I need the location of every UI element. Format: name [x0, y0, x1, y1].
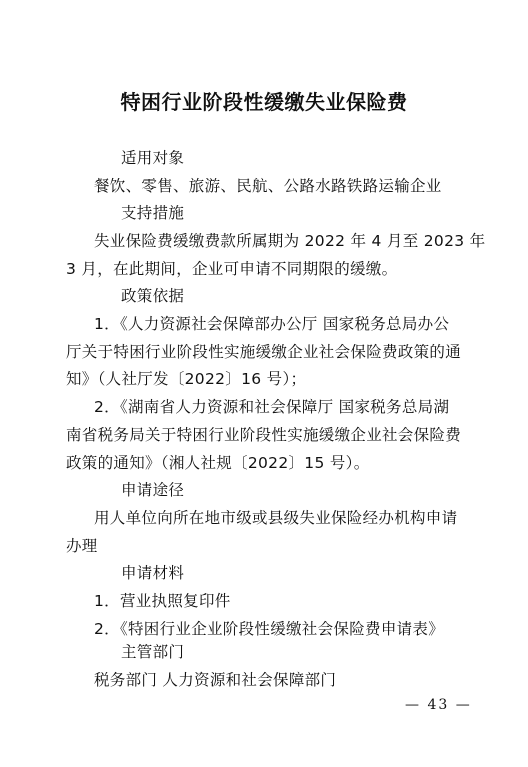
basis-item2-line-2: 南省税务局关于特困行业阶段性实施缓缴企业社会保险费: [66, 423, 461, 445]
measures-line-1: 失业保险费缓缴费款所属期为 2022 年 4 月至 2023 年: [94, 229, 485, 251]
basis-item1-line-1: 1．《人力资源社会保障部办公厅 国家税务总局办公: [94, 312, 449, 334]
materials-item-1: 1．营业执照复印件: [94, 589, 231, 611]
basis-item2-line-1: 2．《湖南省人力资源和社会保障厅 国家税务总局湖: [94, 395, 449, 417]
basis-item1-line-3: 知》（人社厅发〔2022〕16 号）；: [66, 367, 306, 389]
basis-item2-line-3: 政策的通知》（湘人社规〔2022〕15 号）。: [66, 451, 370, 473]
materials-item-2: 2．《特困行业企业阶段性缓缴社会保险费申请表》: [94, 617, 444, 639]
channel-line-2: 办理: [66, 534, 98, 556]
section-heading-materials: 申请材料: [121, 561, 184, 583]
page-number: — 43 —: [405, 697, 472, 713]
section-heading-channel: 申请途径: [121, 478, 184, 500]
section-heading-measures: 支持措施: [121, 201, 184, 223]
channel-line-1: 用人单位向所在地市级或县级失业保险经办机构申请: [94, 506, 457, 528]
section-heading-target: 适用对象: [121, 146, 184, 168]
target-text: 餐饮、零售、旅游、民航、公路水路铁路运输企业: [94, 174, 442, 196]
basis-item1-line-2: 厅关于特困行业阶段性实施缓缴企业社会保险费政策的通: [66, 340, 461, 362]
page-title: 特困行业阶段性缓缴失业保险费: [0, 86, 528, 115]
section-heading-department: 主管部门: [121, 640, 184, 662]
measures-line-2: 3 月，在此期间，企业可申请不同期限的缓缴。: [66, 257, 397, 279]
department-text: 税务部门 人力资源和社会保障部门: [94, 668, 336, 690]
section-heading-basis: 政策依据: [121, 284, 184, 306]
